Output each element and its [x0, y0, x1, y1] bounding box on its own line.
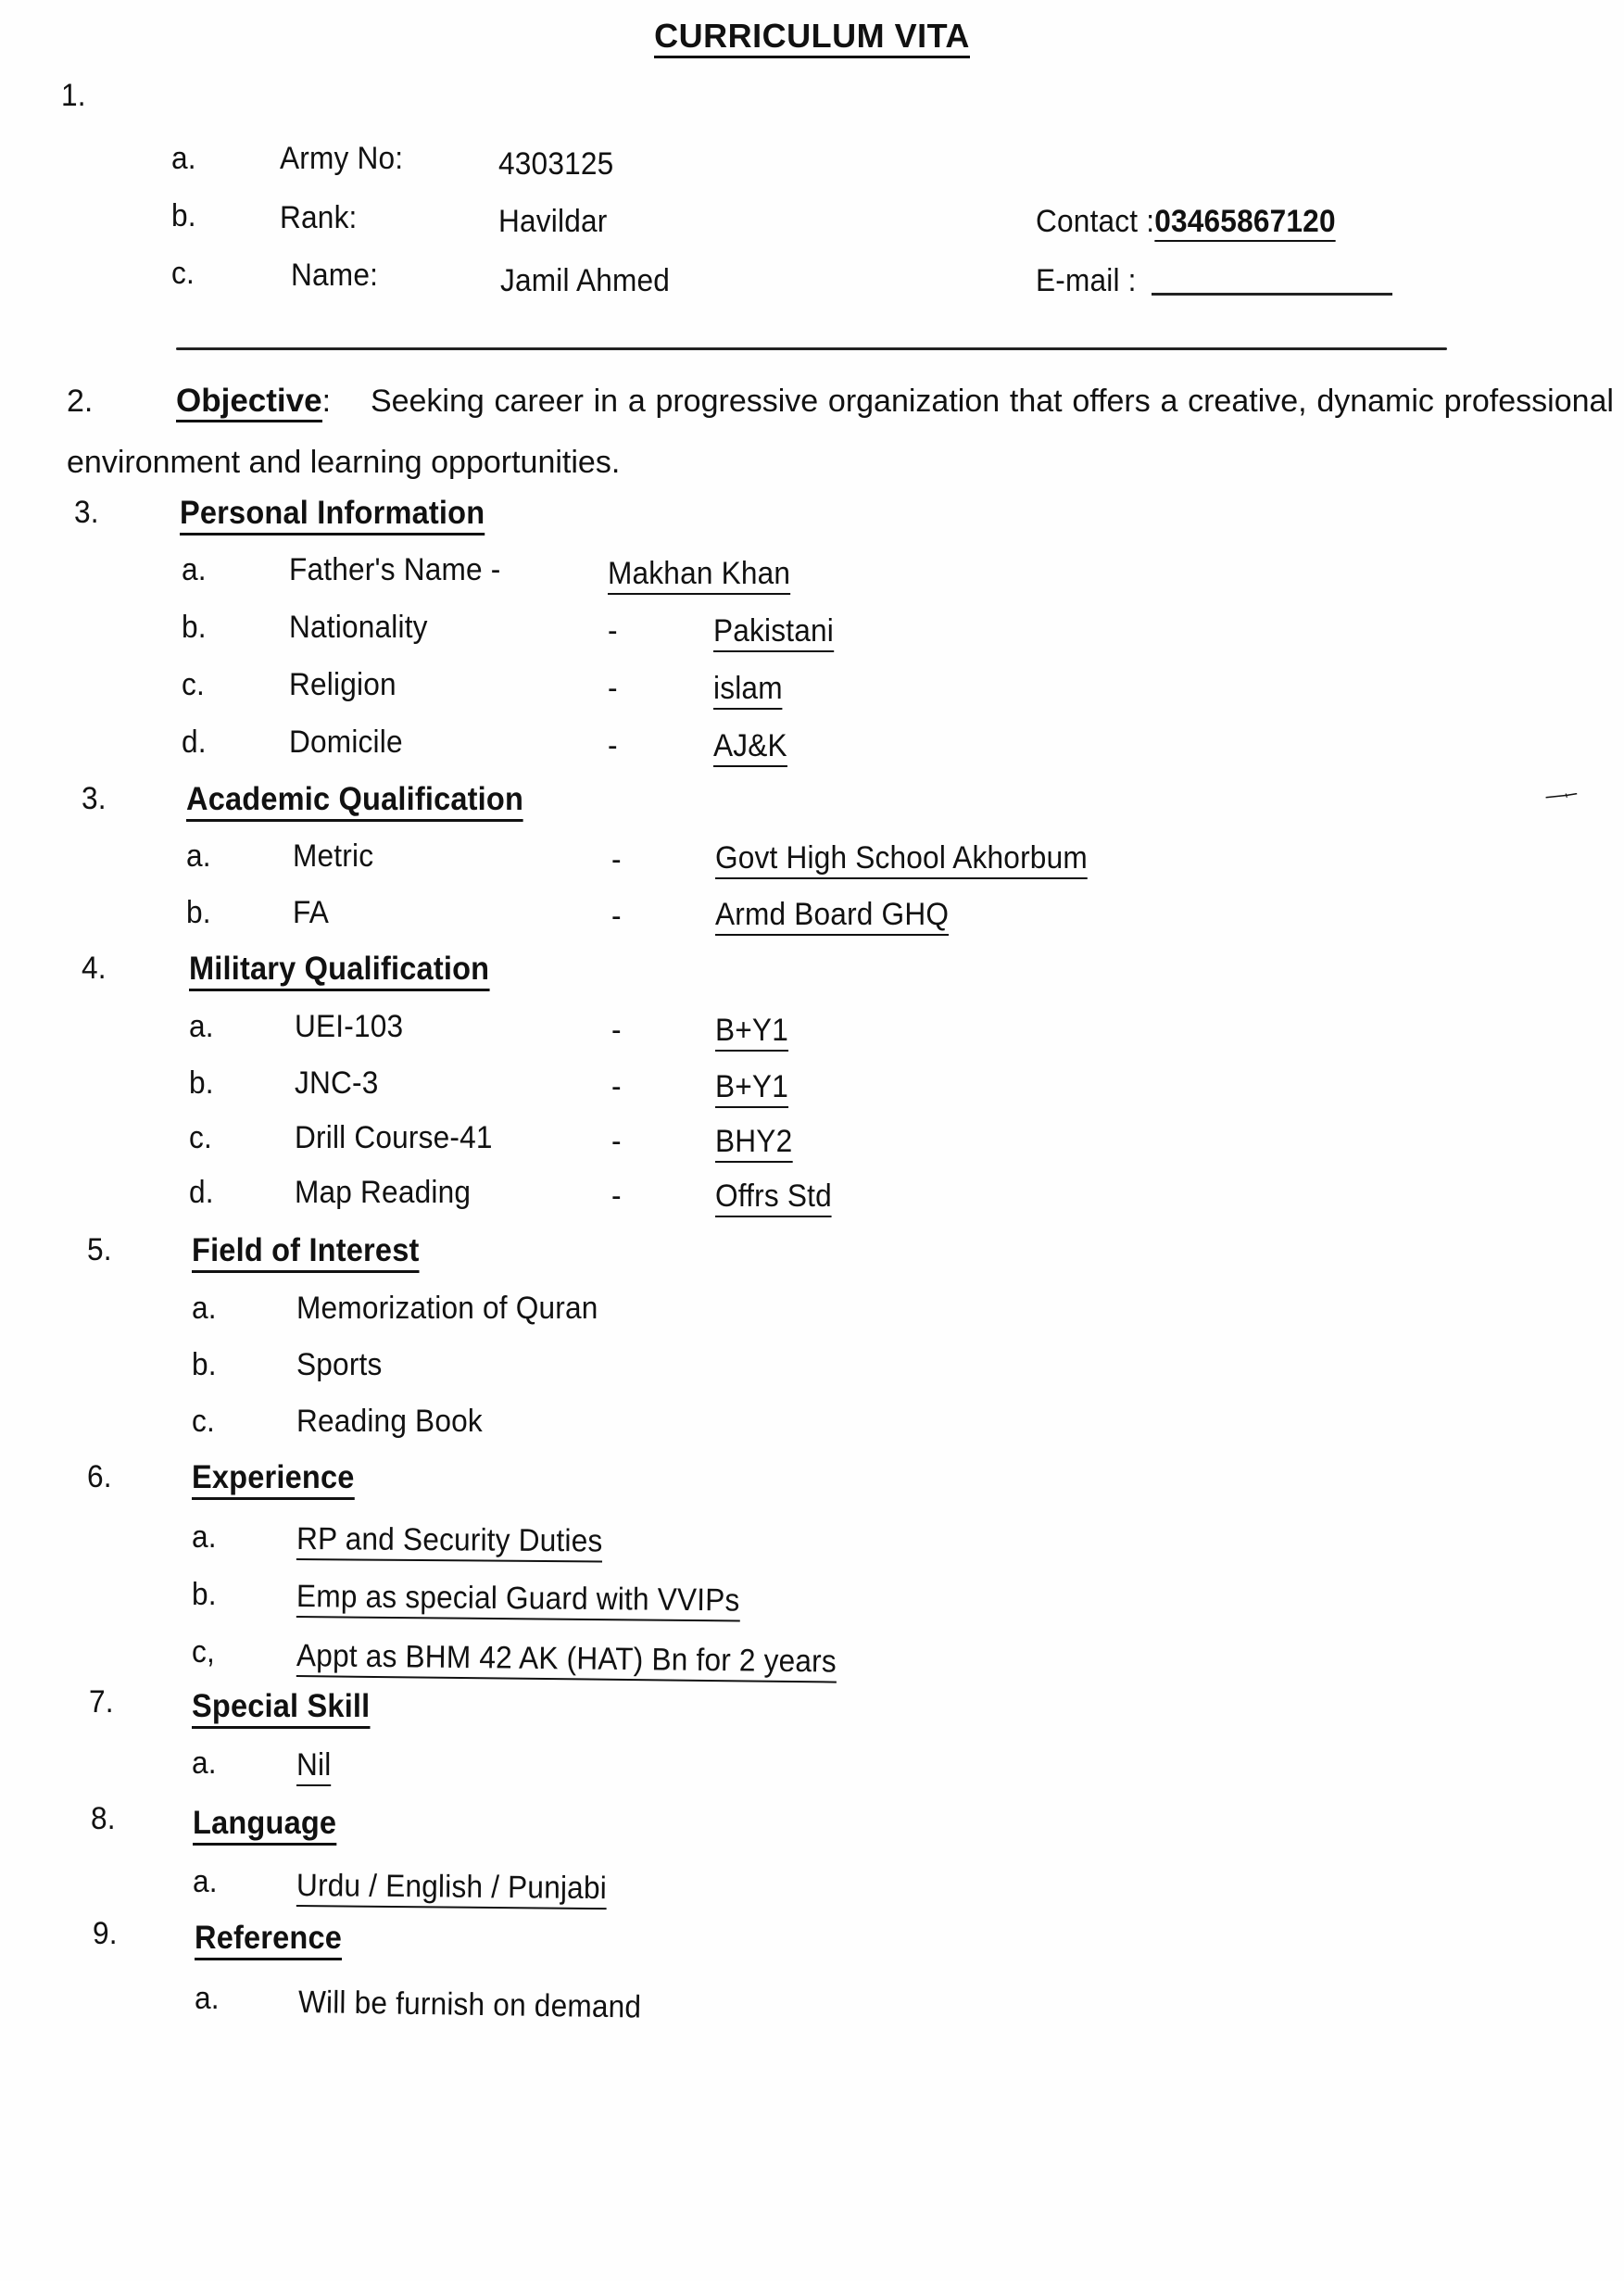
interest-heading: Field of Interest [192, 1232, 420, 1273]
fathers-name-letter: a. [182, 552, 207, 588]
military-heading: Military Qualification [189, 951, 489, 991]
experience-c-text: Appt as BHM 42 AK (HAT) Bn for 2 years [296, 1638, 837, 1683]
cv-page: CURRICULUM VITA 1. a. Army No: 4303125 b… [0, 0, 1624, 2281]
metric-label: Metric [293, 838, 373, 875]
fa-dash: - [611, 899, 622, 935]
domicile-letter: d. [182, 725, 207, 761]
section-1-number: 1. [61, 78, 86, 114]
personal-info-heading: Personal Information [180, 495, 485, 536]
skill-heading: Special Skill [192, 1688, 370, 1729]
uei-value: B+Y1 [715, 1013, 788, 1052]
email-label: E-mail : [1036, 263, 1137, 299]
title-text: CURRICULUM VITA [654, 17, 970, 58]
domicile-label: Domicile [289, 725, 403, 761]
interest-a-text: Memorization of Quran [296, 1291, 598, 1327]
experience-b-text: Emp as special Guard with VVIPs [296, 1579, 740, 1621]
language-a-text: Urdu / English / Punjabi [296, 1868, 607, 1909]
experience-b-letter: b. [192, 1577, 217, 1613]
email-blank-line [1152, 293, 1392, 296]
metric-letter: a. [186, 838, 211, 875]
rank-letter: b. [171, 198, 196, 234]
reference-heading: Reference [195, 1920, 342, 1960]
name-value: Jamil Ahmed [500, 263, 670, 299]
pen-mark-icon [1533, 793, 1591, 799]
religion-dash: - [608, 671, 618, 707]
nationality-letter: b. [182, 610, 207, 646]
language-heading: Language [193, 1805, 336, 1846]
uei-label: UEI-103 [295, 1009, 403, 1045]
document-title: CURRICULUM VITA [0, 17, 1624, 56]
reference-number: 9. [93, 1916, 118, 1952]
army-no-label: Army No: [280, 141, 403, 177]
jnc-label: JNC-3 [295, 1065, 379, 1102]
skill-a-letter: a. [192, 1745, 217, 1782]
interest-number: 5. [87, 1232, 112, 1268]
drill-dash: - [611, 1124, 622, 1160]
rank-label: Rank: [280, 200, 358, 236]
interest-b-text: Sports [296, 1347, 383, 1383]
reference-a-letter: a. [195, 1981, 220, 2017]
fa-label: FA [293, 895, 329, 931]
fa-letter: b. [186, 895, 211, 931]
horizontal-divider [176, 347, 1447, 350]
jnc-dash: - [611, 1069, 622, 1105]
personal-info-number: 3. [74, 495, 99, 531]
experience-a-letter: a. [192, 1519, 217, 1556]
nationality-value: Pakistani [713, 613, 834, 652]
skill-number: 7. [89, 1684, 114, 1720]
uei-letter: a. [189, 1009, 214, 1045]
experience-heading: Experience [192, 1459, 355, 1500]
drill-value: BHY2 [715, 1124, 792, 1163]
religion-label: Religion [289, 667, 397, 703]
language-number: 8. [91, 1801, 116, 1837]
experience-c-letter: c, [192, 1634, 215, 1670]
jnc-letter: b. [189, 1065, 214, 1102]
army-no-letter: a. [171, 141, 196, 177]
fa-value: Armd Board GHQ [715, 897, 949, 936]
academic-number: 3. [82, 781, 107, 817]
map-reading-value: Offrs Std [715, 1178, 832, 1217]
name-label: Name: [291, 258, 378, 294]
contact-field: Contact :03465867120 [1036, 204, 1336, 240]
objective-heading: Objective [176, 383, 322, 422]
rank-value: Havildar [498, 204, 607, 240]
religion-value: islam [713, 671, 783, 710]
nationality-label: Nationality [289, 610, 428, 646]
interest-b-letter: b. [192, 1347, 217, 1383]
objective-paragraph: 2.Objective: Seeking career in a progres… [67, 371, 1614, 493]
domicile-dash: - [608, 728, 618, 764]
name-letter: c. [171, 256, 195, 292]
metric-value: Govt High School Akhorbum [715, 840, 1088, 879]
domicile-value: AJ&K [713, 728, 787, 767]
uei-dash: - [611, 1013, 622, 1049]
map-reading-dash: - [611, 1178, 622, 1215]
fathers-name-value: Makhan Khan [608, 556, 790, 595]
religion-letter: c. [182, 667, 205, 703]
experience-a-text: RP and Security Duties [296, 1521, 603, 1562]
interest-a-letter: a. [192, 1291, 217, 1327]
contact-label: Contact : [1036, 204, 1154, 239]
fathers-name-label: Father's Name - [289, 552, 500, 588]
interest-c-letter: c. [192, 1404, 215, 1440]
drill-label: Drill Course-41 [295, 1120, 493, 1156]
map-reading-label: Map Reading [295, 1175, 471, 1211]
skill-a-text: Nil [296, 1747, 331, 1786]
army-no-value: 4303125 [498, 146, 613, 183]
objective-colon: : [322, 384, 331, 419]
academic-heading: Academic Qualification [186, 781, 523, 822]
nationality-dash: - [608, 613, 618, 649]
contact-value: 03465867120 [1154, 204, 1335, 242]
objective-number: 2. [67, 371, 176, 432]
jnc-value: B+Y1 [715, 1069, 788, 1108]
map-reading-letter: d. [189, 1175, 214, 1211]
drill-letter: c. [189, 1120, 212, 1156]
experience-number: 6. [87, 1459, 112, 1495]
interest-c-text: Reading Book [296, 1404, 483, 1440]
military-number: 4. [82, 951, 107, 987]
metric-dash: - [611, 842, 622, 878]
reference-a-text: Will be furnish on demand [298, 1985, 642, 2026]
language-a-letter: a. [193, 1864, 218, 1900]
